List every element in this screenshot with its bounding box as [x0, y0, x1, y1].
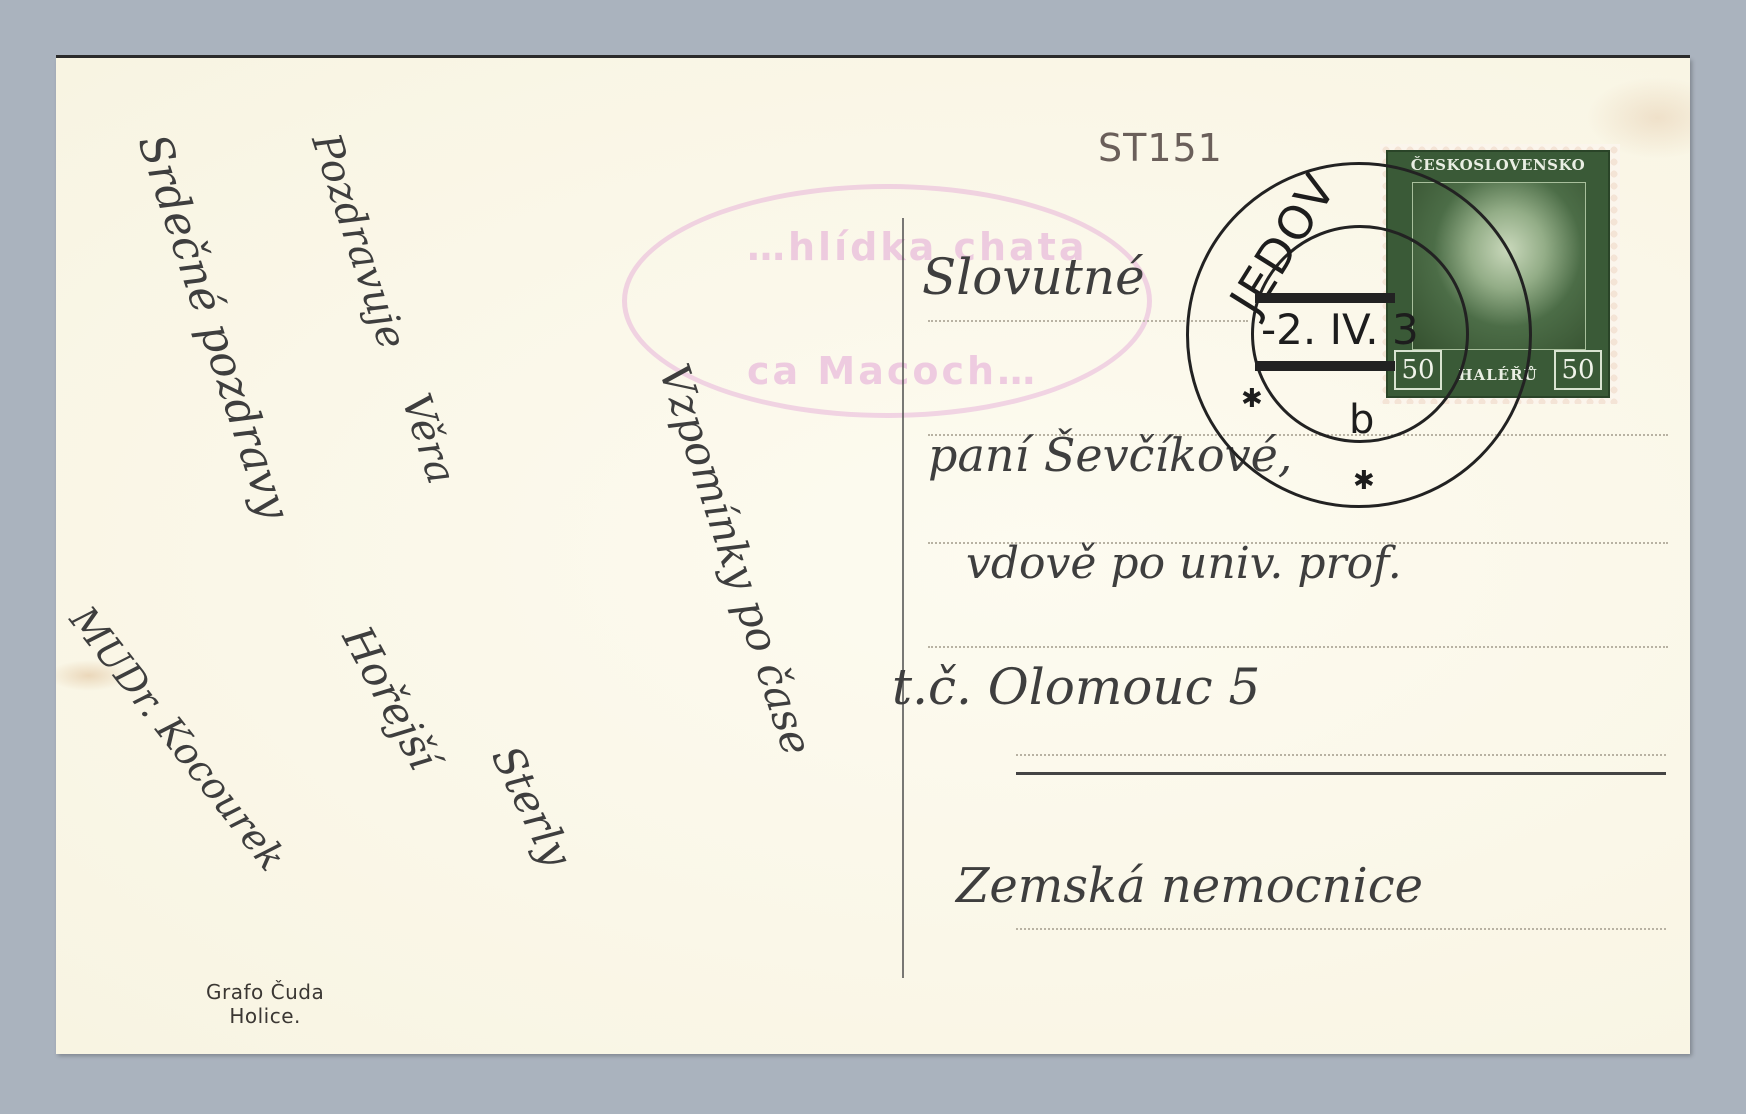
address-guide-line	[1016, 754, 1666, 756]
address-guide-line	[1016, 928, 1666, 930]
stamp-country: ČESKOSLOVENSKO	[1388, 156, 1608, 174]
message-fragment: Sterly	[482, 738, 582, 874]
message-fragment: Srdečné pozdravy	[127, 128, 300, 525]
address-line-title: vdově po univ. prof.	[966, 538, 1402, 589]
postmark-bar	[1255, 361, 1395, 371]
printer-imprint: Grafo Čuda Holice.	[206, 980, 324, 1028]
message-fragment: Hořejší	[333, 618, 449, 778]
address-guide-line	[928, 646, 1668, 648]
message-fragment: MUDr. Kocourek	[61, 598, 294, 879]
message-fragment: Pozdravuje	[302, 128, 415, 355]
printer-city: Holice.	[206, 1004, 324, 1028]
rubber-stamp-bottom-text: ca Macoch…	[747, 349, 1038, 393]
postmark-code: b	[1349, 397, 1374, 443]
postmark-date: -2. IV. 3	[1261, 305, 1419, 354]
catalog-note: ST151	[1098, 126, 1223, 170]
printer-name: Grafo Čuda	[206, 980, 324, 1004]
star-icon: ✱	[1241, 383, 1263, 414]
star-icon: ✱	[1353, 465, 1375, 496]
stamp-value-right: 50	[1554, 350, 1602, 390]
address-line-salutation: Slovutné	[922, 248, 1145, 306]
address-underline	[1016, 772, 1666, 775]
address-line-city: t.č. Olomouc 5	[892, 658, 1260, 716]
message-fragment: Věra	[392, 388, 464, 490]
postmark-bar	[1255, 293, 1395, 303]
address-line-institution: Zemská nemocnice	[956, 858, 1423, 914]
message-fragment: Vzpomínky po čase	[649, 358, 822, 761]
postcard: ST151 …hlídka chata ca Macoch… Srdečné p…	[56, 58, 1690, 1054]
center-divider	[902, 218, 904, 978]
postmark: JEDOV -2. IV. 3 b ✱ ✱	[1186, 162, 1532, 508]
